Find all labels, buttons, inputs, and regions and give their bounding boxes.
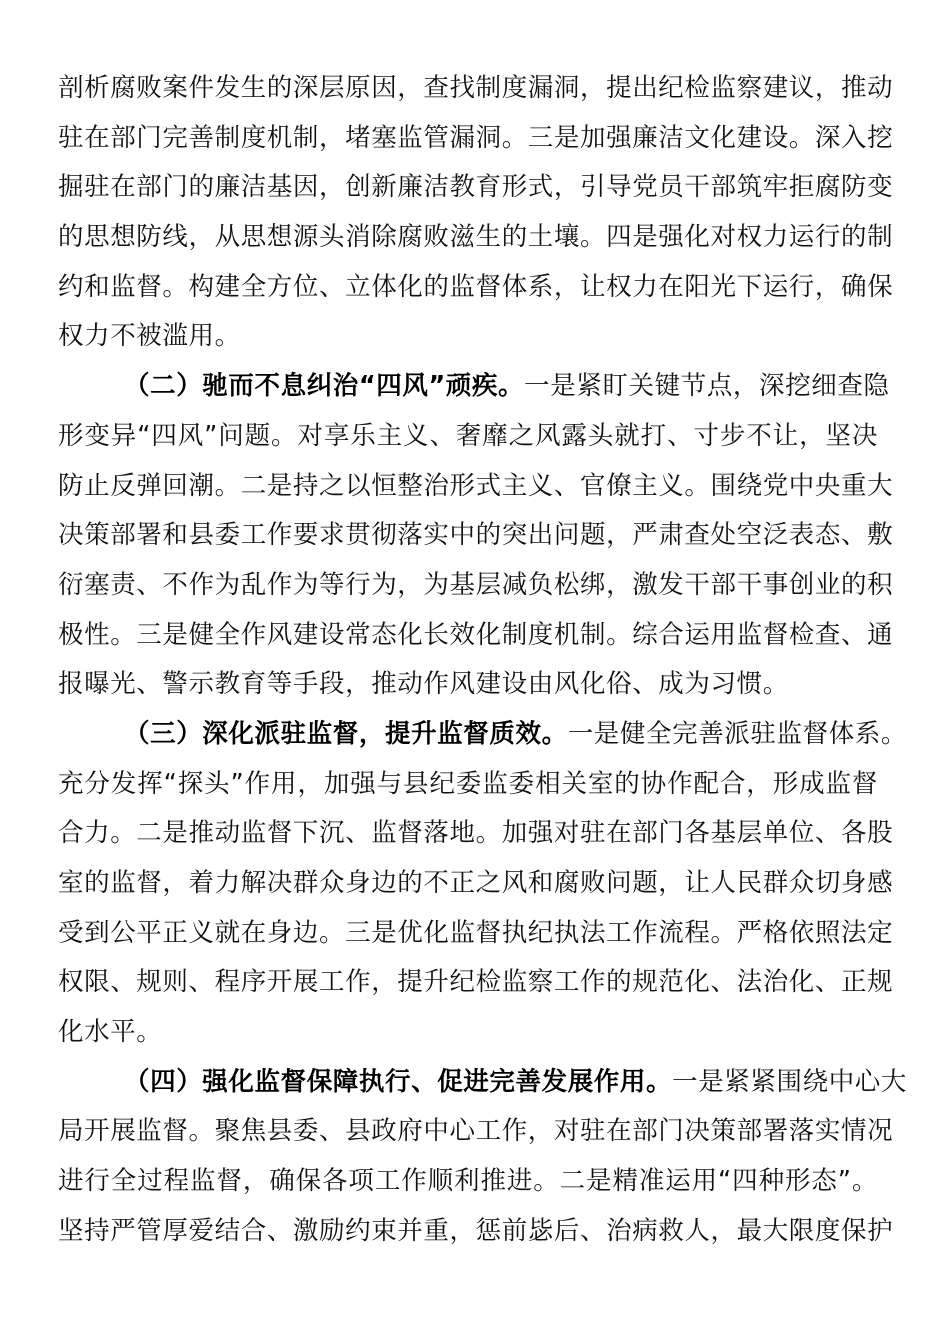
text-line: 进行全过程监督，确保各项工作顺利推进。二是精准运用“四种形态”。	[58, 1157, 878, 1207]
section-heading-3: （三）深化派驻监督，提升监督质效。	[124, 719, 568, 749]
text-segment: 一是紧盯关键节点，深挖细查隐	[524, 371, 889, 401]
section-heading-4: （四）强化监督保障执行、促进完善发展作用。	[124, 1067, 672, 1097]
text-line: 局开展监督。聚焦县委、县政府中心工作，对驻在部门决策部署落实情况	[58, 1107, 878, 1157]
paragraph-guarantee-execution: （四）强化监督保障执行、促进完善发展作用。一是紧紧围绕中心大 局开展监督。聚焦县…	[58, 1058, 878, 1257]
heading-line: （三）深化派驻监督，提升监督质效。一是健全完善派驻监督体系。	[58, 710, 878, 760]
text-line: 衍塞责、不作为乱作为等行为，为基层减负松绑，激发干部干事创业的积	[58, 561, 878, 611]
heading-line: （二）驰而不息纠治“四风”顽疾。一是紧盯关键节点，深挖细查隐	[58, 362, 878, 412]
text-line: 权限、规则、程序开展工作，提升纪检监察工作的规范化、法治化、正规	[58, 958, 878, 1008]
heading-line: （四）强化监督保障执行、促进完善发展作用。一是紧紧围绕中心大	[58, 1058, 878, 1108]
text-line: 坚持严管厚爱结合、激励约束并重，惩前毖后、治病救人，最大限度保护	[58, 1207, 878, 1257]
text-line: 决策部署和县委工作要求贯彻落实中的突出问题，严肃查处空泛表态、敷	[58, 511, 878, 561]
paragraph-anti-corruption-continued: 剖析腐败案件发生的深层原因，查找制度漏洞，提出纪检监察建议，推动 驻在部门完善制…	[58, 64, 878, 362]
text-segment: 一是健全完善派驻监督体系。	[568, 719, 907, 749]
text-line: 掘驻在部门的廉洁基因，创新廉洁教育形式，引导党员干部筑牢拒腐防变	[58, 163, 878, 213]
text-line: 的思想防线，从思想源头消除腐败滋生的土壤。四是强化对权力运行的制	[58, 213, 878, 263]
text-line: 形变异“四风”问题。对享乐主义、奢靡之风露头就打、寸步不让，坚决	[58, 412, 878, 462]
text-line: 权力不被滥用。	[58, 312, 878, 362]
text-line: 受到公平正义就在身边。三是优化监督执纪执法工作流程。严格依照法定	[58, 909, 878, 959]
paragraph-stationed-supervision: （三）深化派驻监督，提升监督质效。一是健全完善派驻监督体系。 充分发挥“探头”作…	[58, 710, 878, 1058]
text-line: 防止反弹回潮。二是持之以恒整治形式主义、官僚主义。围绕党中央重大	[58, 462, 878, 512]
paragraph-four-winds: （二）驰而不息纠治“四风”顽疾。一是紧盯关键节点，深挖细查隐 形变异“四风”问题…	[58, 362, 878, 710]
text-line: 报曝光、警示教育等手段，推动作风建设由风化俗、成为习惯。	[58, 660, 878, 710]
text-line: 室的监督，着力解决群众身边的不正之风和腐败问题，让人民群众切身感	[58, 859, 878, 909]
text-line: 化水平。	[58, 1008, 878, 1058]
text-segment: 一是紧紧围绕中心大	[672, 1067, 907, 1097]
text-line: 剖析腐败案件发生的深层原因，查找制度漏洞，提出纪检监察建议，推动	[58, 64, 878, 114]
section-heading-2: （二）驰而不息纠治“四风”顽疾。	[124, 371, 524, 401]
text-line: 约和监督。构建全方位、立体化的监督体系，让权力在阳光下运行，确保	[58, 263, 878, 313]
text-line: 极性。三是健全作风建设常态化长效化制度机制。综合运用监督检查、通	[58, 611, 878, 661]
text-line: 充分发挥“探头”作用，加强与县纪委监委相关室的协作配合，形成监督	[58, 760, 878, 810]
text-line: 合力。二是推动监督下沉、监督落地。加强对驻在部门各基层单位、各股	[58, 809, 878, 859]
document-page: 剖析腐败案件发生的深层原因，查找制度漏洞，提出纪检监察建议，推动 驻在部门完善制…	[58, 64, 878, 1257]
text-line: 驻在部门完善制度机制，堵塞监管漏洞。三是加强廉洁文化建设。深入挖	[58, 114, 878, 164]
